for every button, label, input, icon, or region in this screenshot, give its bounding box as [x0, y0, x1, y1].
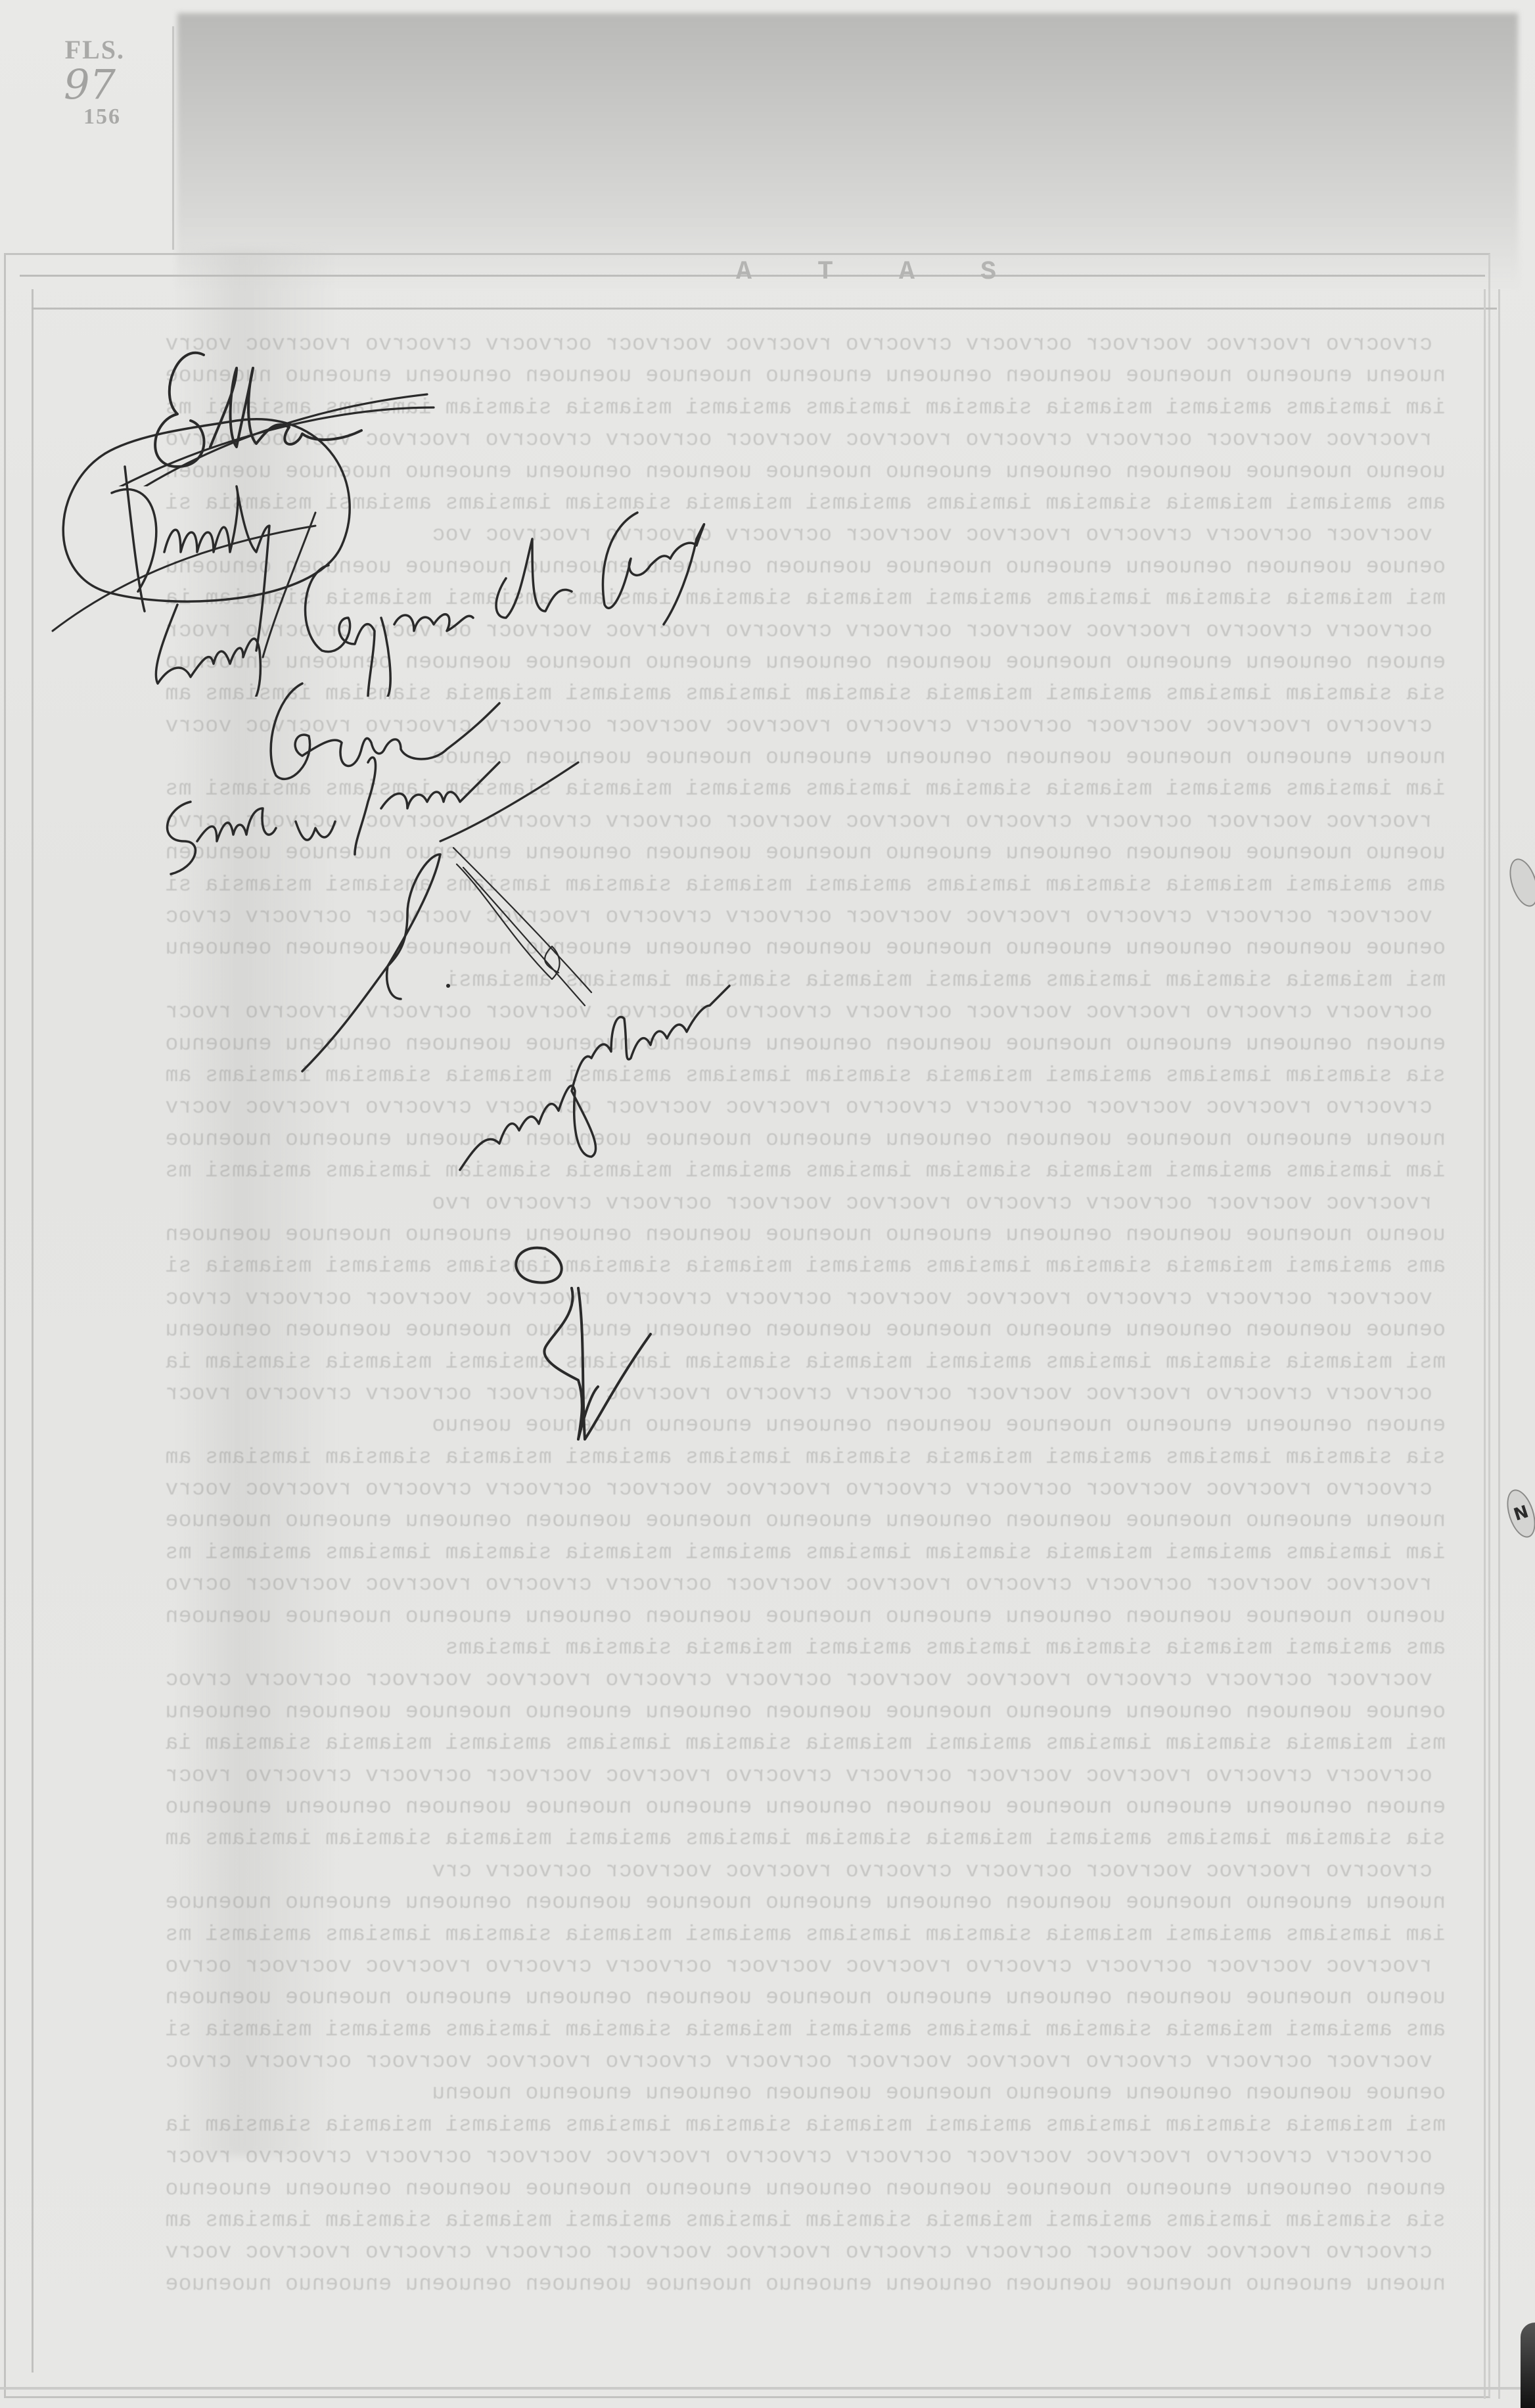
bleed-through-line: ams amsiamsi msiamsia siamsiam iamsiams … [53, 2014, 1446, 2046]
margin-line [172, 26, 174, 250]
bleed-through-line: crvocrvo rvocrvoc vocrvocr ocrvocrv crvo… [53, 1473, 1446, 1505]
bleed-through-line: msi msiamsia siamsiam iamsiams amsiamsi … [53, 1347, 1446, 1378]
bleed-through-line: nuoenu enuoenuo nuoenuoe uoenuoen oenuoe… [53, 2269, 1446, 2300]
bleed-through-line: ams amsiamsi msiamsia siamsiam iamsiams … [53, 1632, 1446, 1664]
document-page: FLS. 97 156 A T A S crvocrvo rvocrvoc vo… [0, 0, 1535, 2408]
edge-tab-marker-1 [1504, 855, 1535, 910]
bleed-through-line: enuoen oenuoenu enuoenuo nuoenuoe uoenuo… [53, 2173, 1446, 2205]
bleed-through-line: vocrvocr ocrvocrv crvocrvo rvocrvoc vocr… [53, 1664, 1446, 1696]
folio-handwritten-number: 97 [39, 65, 116, 104]
page-bottom-edge [0, 2387, 1535, 2390]
bleed-through-line: msi msiamsia siamsiam iamsiams amsiamsi … [53, 2110, 1446, 2141]
bleed-through-line: vocrvocr ocrvocrv crvocrvo rvocrvoc vocr… [53, 1283, 1446, 1314]
edge-tab-letter: N [1511, 1502, 1531, 1525]
bleed-through-line: rvocrvoc vocrvocr ocrvocrv crvocrvo rvoc… [53, 1569, 1446, 1600]
bleed-through-line: crvocrvo rvocrvoc vocrvocr ocrvocrv crvo… [53, 1855, 1446, 1887]
edge-tab-marker-2: N [1501, 1486, 1535, 1541]
bleed-through-line: iam iamsiams amsiamsi msiamsia siamsiam … [53, 1537, 1446, 1569]
bleed-through-line: ocrvocrv crvocrvo rvocrvoc vocrvocr ocrv… [53, 1378, 1446, 1410]
right-rule-2 [1498, 289, 1500, 2399]
bleed-through-line: enuoen oenuoenu enuoenuo nuoenuoe uoenuo… [53, 1792, 1446, 1823]
bleed-through-line: ams amsiamsi msiamsia siamsiam iamsiams … [53, 1251, 1446, 1282]
bleed-through-line: vocrvocr ocrvocrv crvocrvo rvocrvoc vocr… [53, 2046, 1446, 2077]
bleed-through-line: iam iamsiams amsiamsi msiamsia siamsiam … [53, 1919, 1446, 1951]
bleed-through-line: oenuoe uoenuoen oenuoenu enuoenuo nuoenu… [53, 1314, 1446, 1346]
bleed-through-line: crvocrvo rvocrvoc vocrvocr ocrvocrv crvo… [53, 2236, 1446, 2268]
bleed-through-line: rvocrvoc vocrvocr ocrvocrv crvocrvo rvoc… [53, 1188, 1446, 1219]
bleed-through-line: vocrvocr ocrvocrv crvocrvo rvocrvoc vocr… [53, 901, 1446, 933]
bleed-through-line: sia siamsiam iamsiams amsiamsi msiamsia … [53, 2205, 1446, 2236]
bleed-through-line: nuoenu enuoenuo nuoenuoe uoenuoen oenuoe… [53, 1505, 1446, 1537]
bleed-through-line: nuoenu enuoenuo nuoenuoe uoenuoen oenuoe… [53, 1887, 1446, 1918]
bleed-through-line: uoenuo nuoenuoe uoenuoen oenuoenu enuoen… [53, 1601, 1446, 1632]
bleed-through-line: uoenuo nuoenuoe uoenuoen oenuoenu enuoen… [53, 1219, 1446, 1251]
scan-corner-shadow [1521, 2323, 1535, 2408]
bleed-through-line: ocrvocrv crvocrvo rvocrvoc vocrvocr ocrv… [53, 1760, 1446, 1792]
header-rule-bottom [32, 308, 1497, 310]
page-title: A T A S [736, 258, 1021, 287]
signature-mojetmane: Mojetmane [447, 933, 815, 1183]
bleed-through-line: enuoen oenuoenu enuoenuo nuoenuoe uoenuo… [53, 1410, 1446, 1441]
bleed-through-line: rvocrvoc vocrvocr ocrvocrv crvocrvo rvoc… [53, 1951, 1446, 1982]
signature-luiz-egydio-de-godoy: Luiz Egydio de Godoy [138, 486, 743, 697]
bleed-through-line: uoenuo nuoenuoe uoenuoen oenuoenu enuoen… [53, 1982, 1446, 2014]
signature-initials: illegible initials [486, 1222, 683, 1452]
bleed-through-line: oenuoe uoenuoen oenuoenu enuoenuo nuoenu… [53, 2077, 1446, 2109]
bleed-through-line: sia siamsiam iamsiams amsiamsi msiamsia … [53, 1823, 1446, 1855]
right-rule-1 [1484, 289, 1486, 2399]
bleed-through-line: sia siamsiam iamsiams amsiamsi msiamsia … [53, 1442, 1446, 1473]
bleed-through-line: ocrvocrv crvocrvo rvocrvoc vocrvocr ocrv… [53, 2141, 1446, 2173]
folio-stamp: FLS. 97 156 [39, 34, 125, 129]
bleed-through-line: oenuoe uoenuoen oenuoenu enuoenuo nuoenu… [53, 1696, 1446, 1728]
scan-shadow-top [177, 13, 1518, 289]
bleed-through-line: msi msiamsia siamsiam iamsiams amsiamsi … [53, 1728, 1446, 1759]
